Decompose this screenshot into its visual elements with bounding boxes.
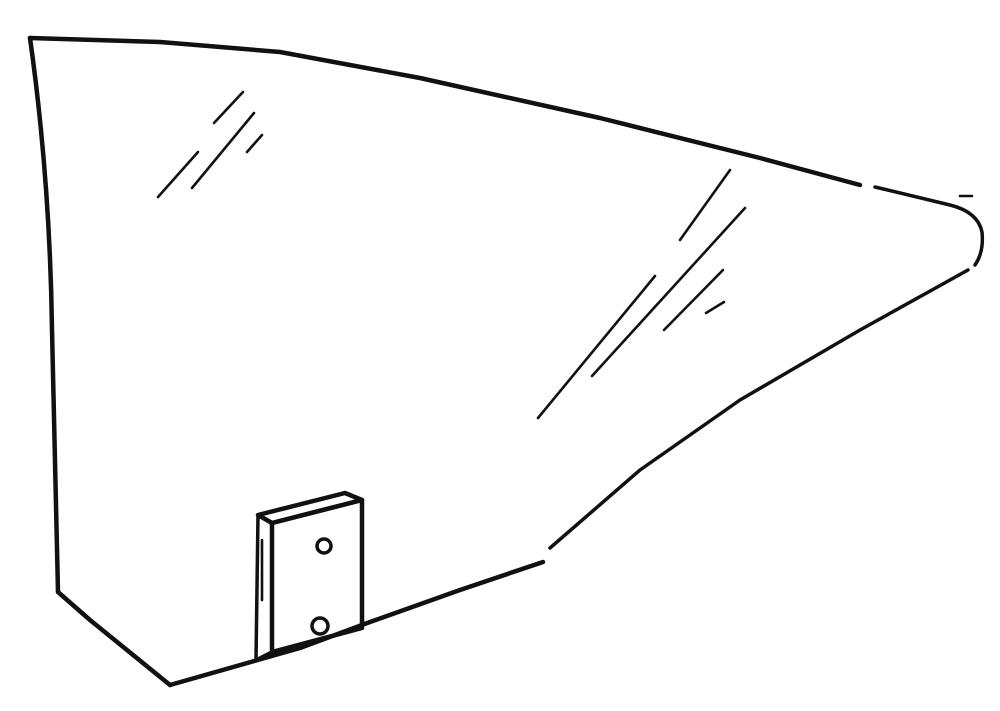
bracket-hole-upper xyxy=(317,539,331,553)
mounting-bracket xyxy=(256,493,362,660)
window-glass-drawing xyxy=(0,0,1000,711)
bracket-hole-lower xyxy=(312,618,328,634)
glare-marks-upper-left xyxy=(158,92,262,197)
glare-marks-center-right xyxy=(538,170,745,418)
glass-panel xyxy=(30,38,982,685)
